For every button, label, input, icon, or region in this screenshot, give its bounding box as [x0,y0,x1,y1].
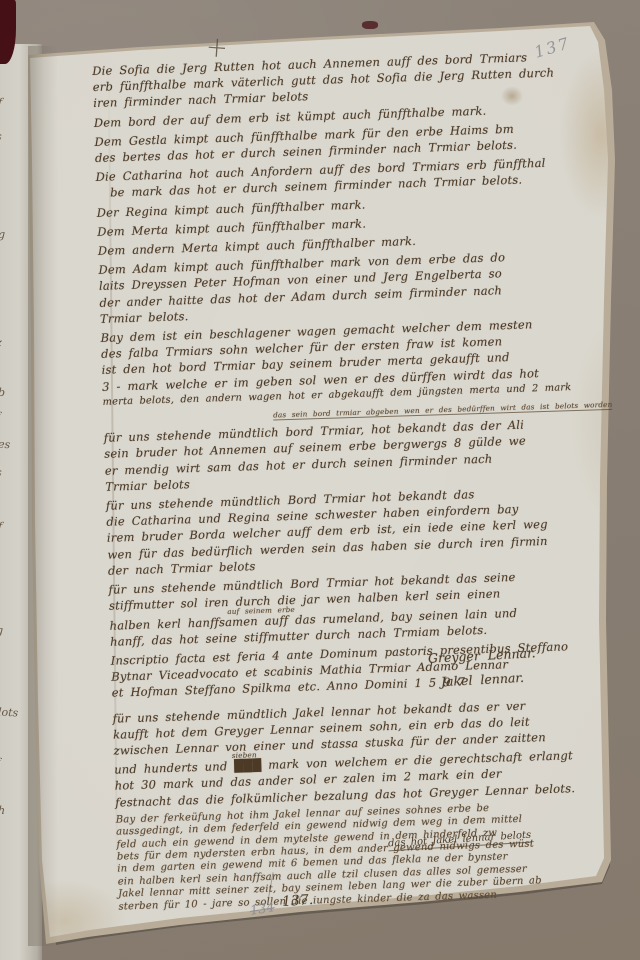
manuscript-paragraph: für uns stehende mündtlich bord Trmiar, … [104,415,600,495]
manuscript-paragraph: Bay der ferkeüfung hot ihm Jakel lennar … [116,799,613,914]
manuscript-paragraph: Dem Adam kimpt auch fünffthalber mark vo… [98,247,594,327]
manuscript-text: Die Sofia die Jerg Rutten hot auch Annem… [92,47,613,916]
manuscript-paragraph: für uns stehende mündtlich Bord Trmiar h… [108,566,604,649]
previous-page-ink-fragment: h [0,804,5,817]
photo-backdrop: fsgzbfessfglotsfh + 137 Die Sofia die Je… [0,0,640,960]
previous-page-ink-fragment: s [0,466,2,479]
manuscript-paragraph: Bay dem ist ein beschlagener wagen gemac… [100,314,597,427]
manuscript-paragraph: für uns stehende mündtlich Bord Trmiar h… [106,482,602,578]
book-cover-sliver [362,21,378,29]
previous-page-ink-fragment: g [0,624,3,637]
previous-page-ink-fragment: es [0,438,10,452]
previous-page-ink-fragment: g [0,228,5,241]
previous-page-ink-fragment: b [0,386,5,399]
page-number: 137. [281,892,313,910]
previous-page-ink-fragment: f [0,520,2,533]
previous-page-ink-fragment: z [0,336,2,349]
previous-page-ink-fragment: f [0,96,2,109]
manuscript-paragraph: für uns stehende mündtlich Jakel lennar … [112,695,609,811]
previous-page-ink-fragment: s [0,130,2,143]
previous-page-ink-fragment: lots [0,705,19,719]
